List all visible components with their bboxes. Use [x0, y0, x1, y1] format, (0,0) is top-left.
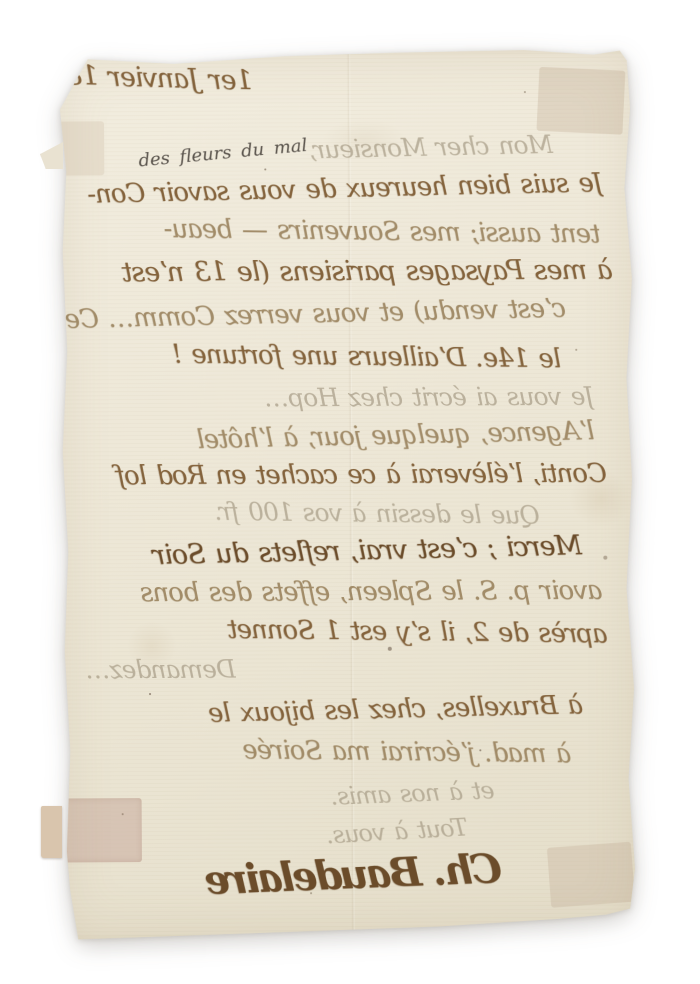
handwritten-line: Merci ; c’est vrai, reflets du Soir — [62, 532, 583, 572]
letter-paper: 1er Janvier 1866. Mon cher Monsieur, des… — [54, 48, 643, 941]
handwritten-line: Conti, l’élèverai à ce cachet en Rod lof — [62, 461, 607, 491]
tape-remnant-top-right — [536, 67, 625, 135]
handwritten-line: tent aussi; mes Souvenirs — beau- — [60, 215, 600, 249]
handwritten-line: Je suis bien heureux de vous savoir Con- — [73, 170, 603, 209]
tape-remnant-top-left — [58, 121, 104, 175]
ink-specks — [54, 52, 56, 54]
handwritten-line: après de 2, il s’y est 1 Sonnet — [63, 615, 608, 649]
date-line: 1er Janvier 1866. — [67, 62, 253, 96]
signature-ch-baudelaire: Ch. Baudelaire — [101, 848, 502, 906]
handwritten-line: Demandez… — [66, 657, 236, 684]
handwritten-line: à mes Paysages parisiens (le 13 n’est — [61, 257, 613, 288]
handwritten-line: avoir p. S. le Spleen, effets des bons — [62, 578, 602, 608]
paper-shadow-wrap: 1er Janvier 1866. Mon cher Monsieur, des… — [54, 48, 643, 941]
handwritten-line: Que le dessin à vos 100 fr. — [100, 497, 540, 529]
tape-tab-left-edge-top — [40, 142, 63, 169]
handwritten-line: le 14e. D’ailleurs une fortune ! — [61, 340, 561, 373]
tape-tab-left-edge-bottom — [41, 806, 62, 858]
handwritten-line: à mad. j’écrirai ma Soirée — [71, 735, 571, 768]
handwritten-line: Je vous ai écrit chez Hop… — [74, 384, 594, 413]
handwritten-line: c’est vendu) et vous verrez Comm… Ce — [61, 295, 566, 334]
closing-line: et à nos amis. — [266, 778, 495, 812]
tape-remnant-bottom-right — [547, 842, 635, 908]
tape-remnant-bottom-left — [62, 798, 142, 862]
letter-photograph: 1er Janvier 1866. Mon cher Monsieur, des… — [0, 0, 700, 984]
closing-line: Tout à vous. — [237, 815, 468, 853]
handwritten-line: l’Agence, quelque jour, à l’hôtel — [64, 418, 594, 457]
handwritten-line: à Bruxelles, chez les bijoux le — [63, 692, 583, 731]
